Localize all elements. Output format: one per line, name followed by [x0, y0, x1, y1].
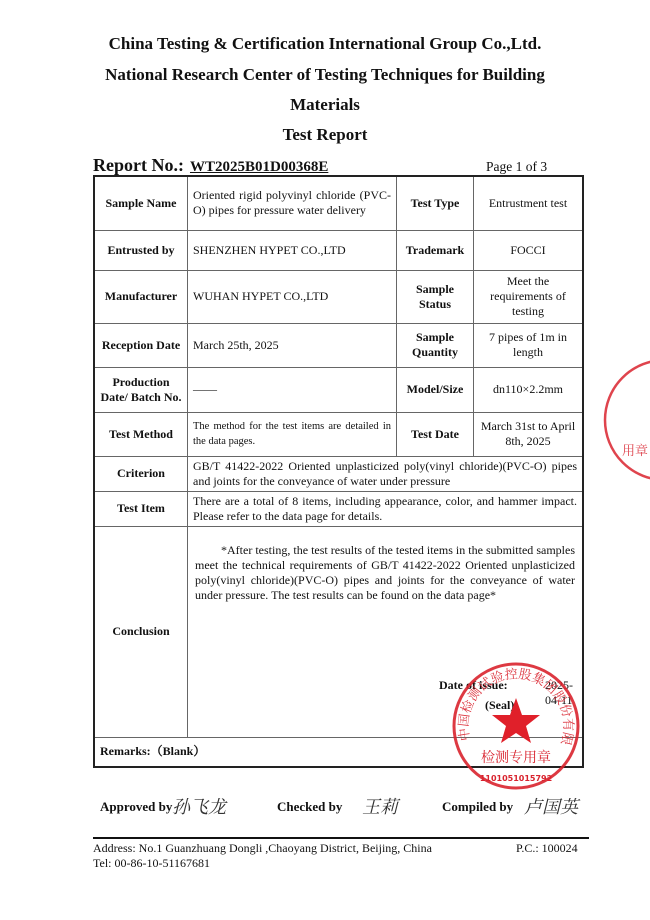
- issue-block: Date of issue: 2025-04-11 (Seal): [193, 666, 577, 726]
- compiled-signature: 卢国英: [524, 793, 578, 819]
- report-table: Sample Name Oriented rigid polyvinyl chl…: [93, 175, 584, 768]
- entrusted-by-value: SHENZHEN HYPET CO.,LTD: [188, 230, 397, 270]
- manufacturer-label: Manufacturer: [94, 270, 188, 323]
- remarks: Remarks:（Blank）: [94, 737, 583, 767]
- report-number-value: WT2025B01D00368E: [190, 159, 328, 175]
- table-row: Test Method The method for the test item…: [94, 412, 583, 456]
- issue-date-value: 2025-04-11: [545, 678, 577, 708]
- test-method-value: The method for the test items are detail…: [188, 412, 397, 456]
- checked-by-label: Checked by: [277, 799, 342, 815]
- table-row: Test Item There are a total of 8 items, …: [94, 491, 583, 526]
- svg-text:1101051015792: 1101051015792: [480, 774, 552, 783]
- table-row: Remarks:（Blank）: [94, 737, 583, 767]
- conclusion-label: Conclusion: [94, 526, 188, 737]
- sample-quantity-label: Sample Quantity: [397, 323, 474, 367]
- model-size-label: Model/Size: [397, 367, 474, 412]
- sample-status-value: Meet the requirements of testing: [474, 270, 584, 323]
- report-number: Report No.:WT2025B01D00368E: [93, 155, 328, 176]
- criterion-value: GB/T 41422-2022 Oriented unplasticized p…: [188, 456, 584, 491]
- entrusted-by-label: Entrusted by: [94, 230, 188, 270]
- approved-by-label: Approved by: [100, 799, 172, 815]
- conclusion-text: *After testing, the test results of the …: [193, 543, 577, 603]
- svg-text:用章: 用章: [622, 443, 648, 459]
- issue-date-label: Date of issue:: [439, 678, 508, 693]
- sample-name-value: Oriented rigid polyvinyl chloride (PVC-O…: [188, 176, 397, 230]
- model-size-value: dn110×2.2mm: [474, 367, 584, 412]
- sample-quantity-value: 7 pipes of 1m in length: [474, 323, 584, 367]
- table-row: Production Date/ Batch No. —— Model/Size…: [94, 367, 583, 412]
- test-item-label: Test Item: [94, 491, 188, 526]
- table-row: Criterion GB/T 41422-2022 Oriented unpla…: [94, 456, 583, 491]
- test-date-label: Test Date: [397, 412, 474, 456]
- footer-address: Address: No.1 Guanzhuang Dongli ,Chaoyan…: [93, 841, 432, 871]
- reception-date-value: March 25th, 2025: [188, 323, 397, 367]
- checked-signature: 王莉: [362, 793, 398, 819]
- center-name: National Research Center of Testing Tech…: [0, 65, 650, 85]
- tel-line: Tel: 00-86-10-51167681: [93, 856, 432, 871]
- production-date-value: ——: [188, 367, 397, 412]
- test-method-label: Test Method: [94, 412, 188, 456]
- page-seal-stamp: 用章: [600, 350, 650, 490]
- compiled-by-label: Compiled by: [442, 799, 513, 815]
- address-line: Address: No.1 Guanzhuang Dongli ,Chaoyan…: [93, 841, 432, 856]
- criterion-label: Criterion: [94, 456, 188, 491]
- table-row: Conclusion *After testing, the test resu…: [94, 526, 583, 737]
- page-indicator: Page 1 of 3: [486, 159, 547, 175]
- postal-code: P.C.: 100024: [516, 841, 578, 856]
- signature-row: Approved by 孙飞龙 Checked by 王莉 Compiled b…: [100, 795, 600, 825]
- footer-divider: [93, 837, 589, 839]
- seal-label: (Seal): [485, 698, 514, 713]
- test-type-value: Entrustment test: [474, 176, 584, 230]
- document-title: Test Report: [0, 125, 650, 145]
- sample-status-label: Sample Status: [397, 270, 474, 323]
- company-name: China Testing & Certification Internatio…: [0, 34, 650, 54]
- trademark-label: Trademark: [397, 230, 474, 270]
- test-date-value: March 31st to April 8th, 2025: [474, 412, 584, 456]
- table-row: Manufacturer WUHAN HYPET CO.,LTD Sample …: [94, 270, 583, 323]
- conclusion-cell: *After testing, the test results of the …: [188, 526, 584, 737]
- report-number-label: Report No.:: [93, 155, 184, 175]
- table-row: Sample Name Oriented rigid polyvinyl chl…: [94, 176, 583, 230]
- sample-name-label: Sample Name: [94, 176, 188, 230]
- table-row: Entrusted by SHENZHEN HYPET CO.,LTD Trad…: [94, 230, 583, 270]
- table-row: Reception Date March 25th, 2025 Sample Q…: [94, 323, 583, 367]
- center-name-cont: Materials: [0, 95, 650, 115]
- production-date-label: Production Date/ Batch No.: [94, 367, 188, 412]
- trademark-value: FOCCI: [474, 230, 584, 270]
- manufacturer-value: WUHAN HYPET CO.,LTD: [188, 270, 397, 323]
- test-item-value: There are a total of 8 items, including …: [188, 491, 584, 526]
- reception-date-label: Reception Date: [94, 323, 188, 367]
- approved-signature: 孙飞龙: [172, 793, 226, 819]
- test-type-label: Test Type: [397, 176, 474, 230]
